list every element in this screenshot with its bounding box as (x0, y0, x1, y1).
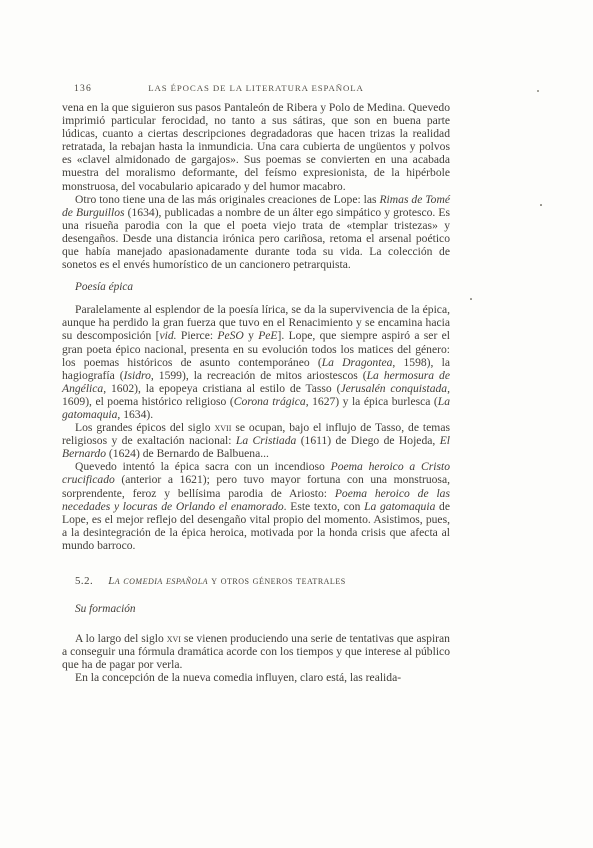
text-run: , 1627) y la épica burlesca ( (306, 395, 438, 408)
scan-speck (470, 298, 472, 300)
page-inner: 136 LAS ÉPOCAS DE LA LITERATURA ESPAÑOLA… (0, 0, 450, 684)
paragraph: Paralelamente al esplendor de la poesía … (62, 303, 450, 421)
text-run: La Cristiada (236, 434, 296, 447)
text-run: Jerusalén conquistada (340, 382, 447, 395)
paragraph: Quevedo intentó la épica sacra con un in… (62, 460, 450, 552)
subheading: Su formación (62, 603, 450, 616)
text-run: A lo largo del siglo (75, 632, 167, 645)
text-run: xvi (167, 632, 181, 645)
text-run: Pierce: (177, 329, 218, 342)
page-body: vena en la que siguieron sus pasos Panta… (62, 101, 450, 684)
text-run: , 1599), la recreación de mitos ariostes… (151, 369, 367, 382)
text-run: Isidro (124, 369, 151, 382)
text-run: PeSO (217, 329, 243, 342)
paragraph: Otro tono tiene una de las más originale… (62, 193, 450, 272)
scan-speck (540, 204, 542, 206)
page-number: 136 (74, 83, 92, 94)
text-run: Corona trágica (234, 395, 306, 408)
text-run: La comedia española (108, 575, 208, 587)
text-run: y otros géneros teatrales (208, 575, 346, 587)
text-run: xvii (214, 421, 231, 434)
text-run: y (244, 329, 258, 342)
paragraph: En la concepción de la nueva comedia inf… (62, 671, 450, 684)
text-run: (1611) de Diego de Hojeda, (296, 434, 439, 447)
section-heading: 5.2.La comedia española y otros géneros … (62, 575, 450, 588)
paragraph: vena en la que siguieron sus pasos Panta… (62, 101, 450, 193)
text-run: Su formación (75, 603, 136, 615)
text-run: vena en la que siguieron sus pasos Panta… (62, 101, 450, 193)
scan-speck (537, 90, 539, 92)
text-run: vid. (160, 329, 177, 342)
paragraph: A lo largo del siglo xvi se vienen produ… (62, 632, 450, 671)
text-run: Poesía épica (75, 281, 133, 293)
text-run: PeE (258, 329, 277, 342)
text-run: La Dragontea (322, 356, 393, 369)
subheading: Poesía épica (62, 281, 450, 294)
text-run: 5.2. (75, 575, 93, 587)
text-run: La gatomaquia (364, 500, 435, 513)
page-header: 136 LAS ÉPOCAS DE LA LITERATURA ESPAÑOLA (62, 83, 450, 95)
running-title: LAS ÉPOCAS DE LA LITERATURA ESPAÑOLA (148, 83, 364, 93)
text-run: Quevedo intentó la épica sacra con un in… (75, 460, 331, 473)
text-run: En la concepción de la nueva comedia inf… (75, 671, 401, 684)
paragraph: Los grandes épicos del siglo xvii se ocu… (62, 421, 450, 460)
text-run: Los grandes épicos del siglo (75, 421, 214, 434)
text-run: (1624) de Bernardo de Balbuena... (106, 447, 269, 460)
text-run: Otro tono tiene una de las más originale… (75, 193, 379, 206)
text-run: . Este texto, con (284, 500, 364, 513)
text-run: , 1602), la epopeya cristiana al estilo … (103, 382, 340, 395)
text-run: , 1634). (117, 408, 153, 421)
book-page: 136 LAS ÉPOCAS DE LA LITERATURA ESPAÑOLA… (0, 0, 593, 848)
